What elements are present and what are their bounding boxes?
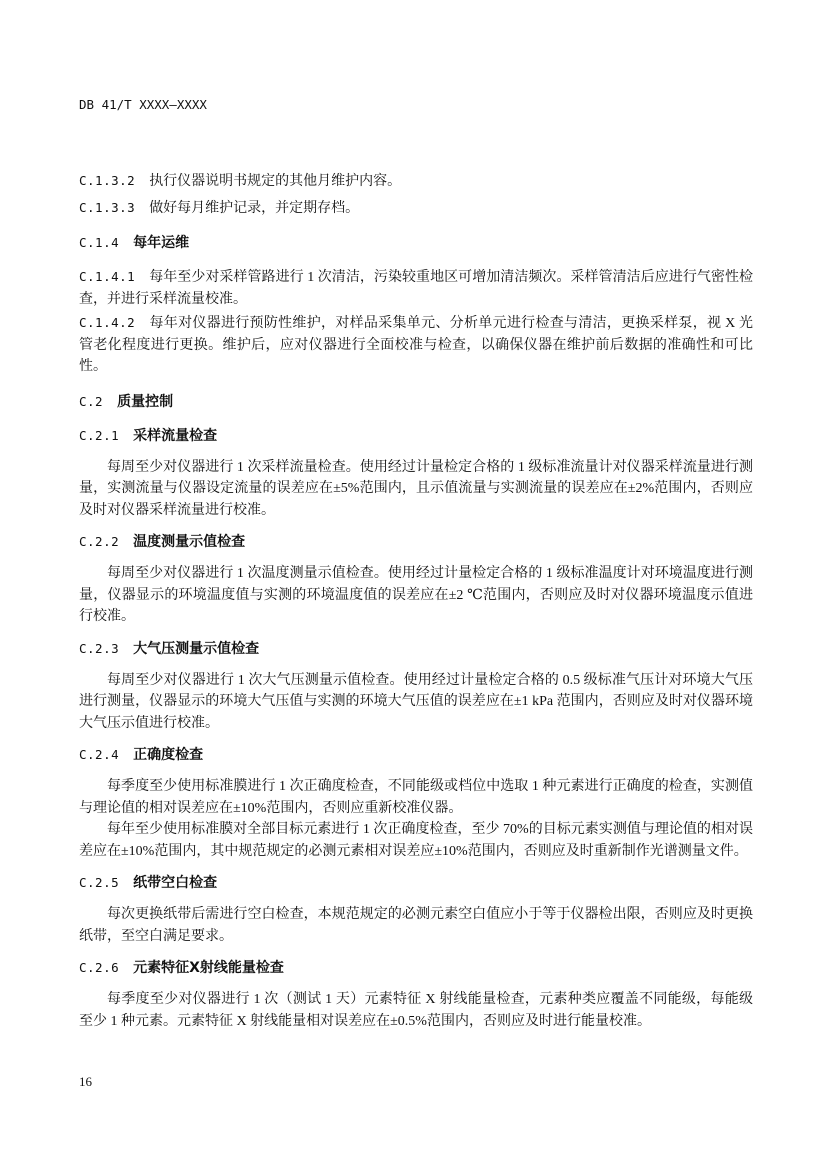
paragraph: 每周至少对仪器进行 1 次大气压测量示值检查。使用经过计量检定合格的 0.5 级…: [79, 670, 753, 735]
page-number: 16: [79, 1074, 92, 1090]
clause-text: 每年对仪器进行预防性维护，对样品采集单元、分析单元进行检查与清洁，更换采样泵，视…: [79, 316, 753, 374]
document-page: DB 41/T XXXX—XXXX C.1.3.2执行仪器说明书规定的其他月维护…: [0, 0, 826, 1169]
heading-c2-5: C.2.5纸带空白检查: [79, 872, 753, 894]
heading-number: C.2.4: [79, 747, 119, 762]
heading-number: C.2: [79, 394, 103, 409]
clause-text: 每年至少对采样管路进行 1 次清洁，污染较重地区可增加清洁频次。采样管清洁后应进…: [79, 270, 753, 307]
clause-number: C.1.3.2: [79, 173, 135, 188]
paragraph: 每周至少对仪器进行 1 次温度测量示值检查。使用经过计量检定合格的 1 级标准温…: [79, 563, 753, 628]
heading-c2-3: C.2.3大气压测量示值检查: [79, 638, 753, 660]
clause-c1-3-2: C.1.3.2执行仪器说明书规定的其他月维护内容。: [79, 170, 753, 193]
heading-title: 每年运维: [133, 235, 189, 251]
heading-title: 纸带空白检查: [133, 875, 217, 891]
heading-title: 正确度检查: [133, 747, 203, 763]
heading-c2: C.2质量控制: [79, 391, 753, 413]
heading-number: C.1.4: [79, 235, 119, 250]
heading-title: 元素特征X射线能量检查: [133, 960, 284, 976]
heading-c2-4: C.2.4正确度检查: [79, 744, 753, 766]
heading-c2-1: C.2.1采样流量检查: [79, 425, 753, 447]
document-code: DB 41/T XXXX—XXXX: [79, 97, 207, 112]
heading-c2-6: C.2.6元素特征X射线能量检查: [79, 957, 753, 979]
heading-number: C.2.6: [79, 960, 119, 975]
heading-number: C.2.3: [79, 641, 119, 656]
heading-title: 大气压测量示值检查: [133, 641, 259, 657]
clause-c1-4-2: C.1.4.2每年对仪器进行预防性维护，对样品采集单元、分析单元进行检查与清洁，…: [79, 312, 753, 378]
heading-number: C.2.5: [79, 875, 119, 890]
heading-title: 质量控制: [117, 394, 173, 410]
paragraph: 每年至少使用标准膜对全部目标元素进行 1 次正确度检查，至少 70%的目标元素实…: [79, 819, 753, 862]
clause-c1-3-3: C.1.3.3做好每月维护记录，并定期存档。: [79, 197, 753, 220]
paragraph: 每季度至少使用标准膜进行 1 次正确度检查，不同能级或档位中选取 1 种元素进行…: [79, 776, 753, 819]
heading-c1-4: C.1.4每年运维: [79, 232, 753, 254]
paragraph: 每次更换纸带后需进行空白检查，本规范规定的必测元素空白值应小于等于仪器检出限，否…: [79, 904, 753, 947]
paragraph: 每周至少对仪器进行 1 次采样流量检查。使用经过计量检定合格的 1 级标准流量计…: [79, 457, 753, 522]
heading-c2-2: C.2.2温度测量示值检查: [79, 531, 753, 553]
document-body: C.1.3.2执行仪器说明书规定的其他月维护内容。 C.1.3.3做好每月维护记…: [79, 170, 753, 1032]
paragraph: 每季度至少对仪器进行 1 次（测试 1 天）元素特征 X 射线能量检查，元素种类…: [79, 989, 753, 1032]
heading-title: 采样流量检查: [133, 428, 217, 444]
heading-number: C.2.1: [79, 428, 119, 443]
clause-text: 做好每月维护记录，并定期存档。: [149, 201, 359, 216]
clause-c1-4-1: C.1.4.1每年至少对采样管路进行 1 次清洁，污染较重地区可增加清洁频次。采…: [79, 266, 753, 310]
clause-number: C.1.4.1: [79, 269, 135, 284]
heading-title: 温度测量示值检查: [133, 534, 245, 550]
clause-text: 执行仪器说明书规定的其他月维护内容。: [149, 174, 401, 189]
clause-number: C.1.4.2: [79, 315, 135, 330]
clause-number: C.1.3.3: [79, 200, 135, 215]
heading-number: C.2.2: [79, 534, 119, 549]
